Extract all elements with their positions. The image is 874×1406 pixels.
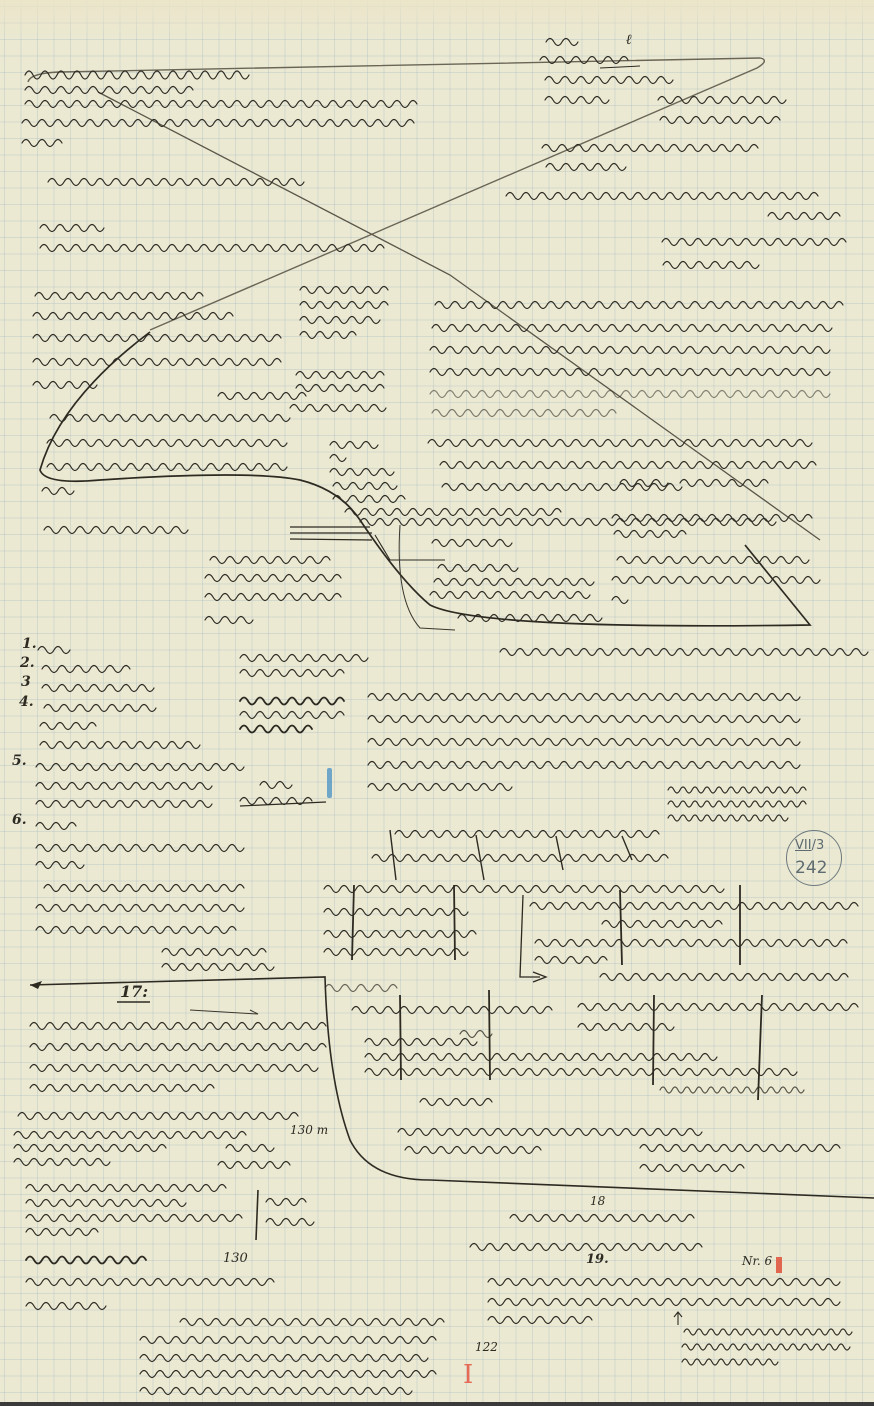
list-number-2: 2. [20,655,35,671]
red-pencil-mark [776,1257,782,1273]
reference-130-m: 130 m [290,1123,328,1137]
list-number-3: 3 [21,674,31,690]
archive-stamp-fraction: /3 [812,838,825,853]
archive-stamp: VII/3 242 [786,830,842,886]
section-number-18: 18 [590,1194,605,1208]
section-number-17: 17: [120,982,148,1001]
scan-bottom-edge [0,1402,874,1406]
archive-stamp-roman: VII [795,838,812,853]
archive-stamp-number: 242 [795,860,827,877]
list-number-6: 6. [12,812,27,828]
list-number-4: 4. [19,694,34,710]
reference-nr6: Nr. 6 [742,1254,772,1268]
reference-130: 130 [223,1251,248,1266]
page-reference-122: 122 [475,1340,498,1354]
handwriting-lines [0,0,874,1406]
red-numeral-mark: I [463,1362,471,1390]
list-number-1: 1. [22,636,37,652]
list-number-5: 5. [12,753,27,769]
section-number-19: 19. [586,1252,609,1267]
top-right-marker: ℓ [626,32,632,49]
manuscript-page: 1. 2. 3 4. 5. 6. 17: 18 19. 122 130 130 … [0,0,874,1406]
archive-stamp-top: VII/3 [795,839,824,852]
blue-pencil-mark [327,768,332,798]
